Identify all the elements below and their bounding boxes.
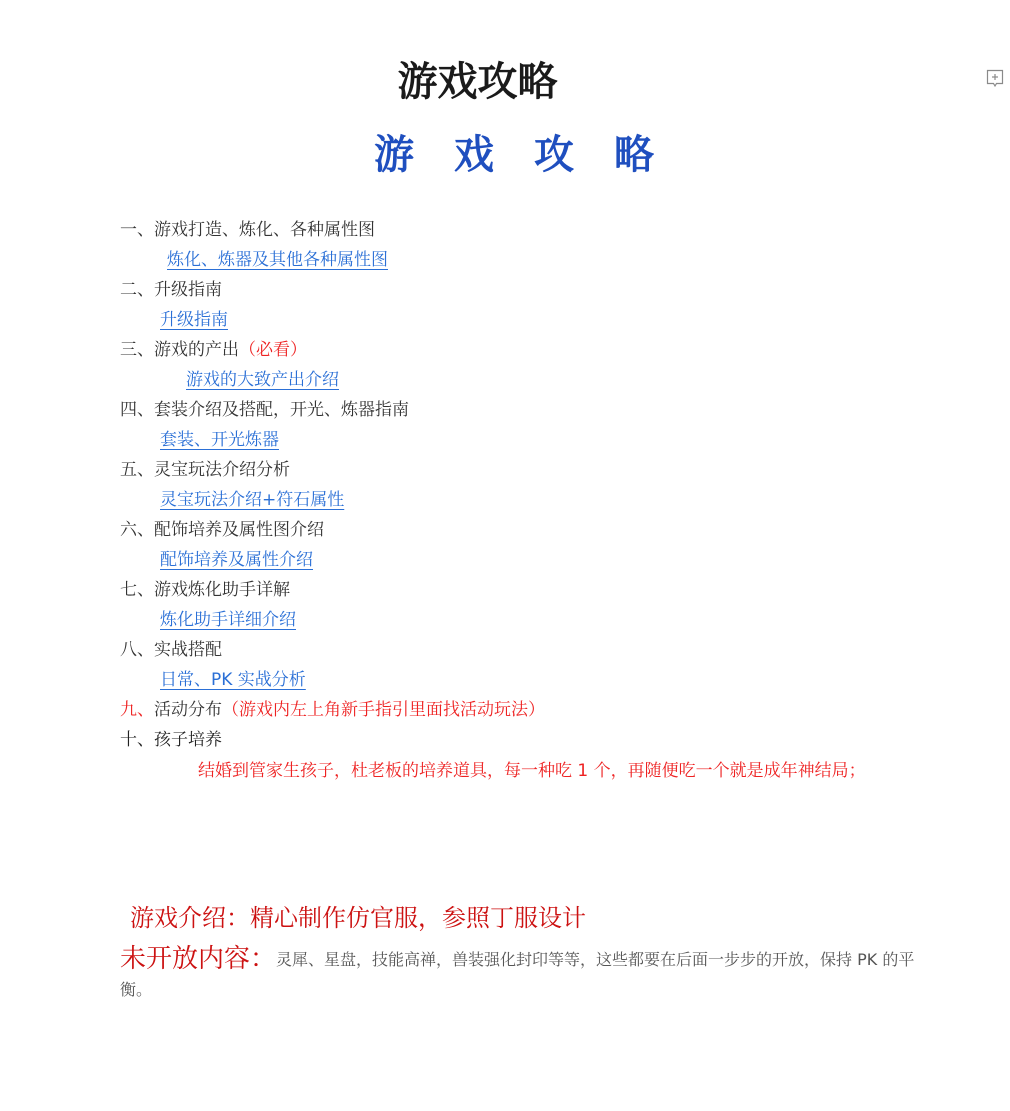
big-title: 游戏攻略 bbox=[0, 126, 1010, 184]
toc-heading-text: 一、游戏打造、炼化、各种属性图 bbox=[120, 220, 375, 240]
big-title-char: 攻 bbox=[534, 126, 574, 184]
toc-link[interactable]: 套装、开光炼器 bbox=[160, 430, 279, 450]
toc-note: （游戏内左上角新手指引里面找活动玩法） bbox=[222, 700, 545, 720]
toc-heading: 七、游戏炼化助手详解 bbox=[120, 575, 920, 605]
toc-heading: 十、孩子培养 bbox=[120, 725, 920, 755]
toc-link[interactable]: 炼化、炼器及其他各种属性图 bbox=[167, 250, 388, 270]
unopened-content: 未开放内容：灵犀、星盘，技能高禅，兽装强化封印等等，这些都要在后面一步步的开放，… bbox=[120, 944, 920, 1005]
toc-heading: 四、套装介绍及搭配，开光、炼器指南 bbox=[120, 395, 920, 425]
toc-heading: 一、游戏打造、炼化、各种属性图 bbox=[120, 215, 920, 245]
toc-heading: 六、配饰培养及属性图介绍 bbox=[120, 515, 920, 545]
toc-heading-text: 活动分布 bbox=[154, 700, 222, 720]
toc-heading-text: 三、游戏的产出 bbox=[120, 340, 239, 360]
toc-link[interactable]: 升级指南 bbox=[160, 310, 228, 330]
toc-link[interactable]: 配饰培养及属性介绍 bbox=[160, 550, 313, 570]
toc-link-row: 配饰培养及属性介绍 bbox=[120, 545, 920, 575]
add-comment-icon[interactable] bbox=[986, 69, 1004, 89]
big-title-char: 戏 bbox=[454, 126, 494, 184]
toc-link-row: 炼化、炼器及其他各种属性图 bbox=[120, 245, 920, 275]
unopened-label: 未开放内容： bbox=[120, 944, 276, 974]
toc-heading: 五、灵宝玩法介绍分析 bbox=[120, 455, 920, 485]
big-title-char: 游 bbox=[374, 126, 414, 184]
toc-link-row: 套装、开光炼器 bbox=[120, 425, 920, 455]
toc-link-row: 升级指南 bbox=[120, 305, 920, 335]
toc-heading: 二、升级指南 bbox=[120, 275, 920, 305]
toc-link-row: 灵宝玩法介绍+符石属性 bbox=[120, 485, 920, 515]
toc-link-row: 游戏的大致产出介绍 bbox=[120, 365, 920, 395]
big-title-char: 略 bbox=[614, 126, 654, 184]
toc-heading-text: 八、实战搭配 bbox=[120, 640, 222, 660]
toc-heading-text: 十、孩子培养 bbox=[120, 730, 222, 750]
toc-heading-text: 四、套装介绍及搭配，开光、炼器指南 bbox=[120, 400, 409, 420]
toc-link[interactable]: 日常、PK 实战分析 bbox=[160, 670, 306, 690]
toc-heading-text: 六、配饰培养及属性图介绍 bbox=[120, 520, 324, 540]
table-of-contents: 一、游戏打造、炼化、各种属性图 炼化、炼器及其他各种属性图 二、升级指南 升级指… bbox=[120, 215, 920, 755]
toc-link-row: 炼化助手详细介绍 bbox=[120, 605, 920, 635]
toc-heading: 八、实战搭配 bbox=[120, 635, 920, 665]
document-title: 游戏攻略 bbox=[0, 54, 955, 110]
toc-link[interactable]: 灵宝玩法介绍+符石属性 bbox=[160, 490, 344, 510]
toc-heading-text: 二、升级指南 bbox=[120, 280, 222, 300]
toc-link[interactable]: 游戏的大致产出介绍 bbox=[186, 370, 339, 390]
toc-link[interactable]: 炼化助手详细介绍 bbox=[160, 610, 296, 630]
toc-heading: 九、活动分布（游戏内左上角新手指引里面找活动玩法） bbox=[120, 695, 920, 725]
toc-heading-text: 七、游戏炼化助手详解 bbox=[120, 580, 290, 600]
toc-link-row: 日常、PK 实战分析 bbox=[120, 665, 920, 695]
toc-note: （必看） bbox=[239, 340, 307, 360]
toc-heading-prefix: 九、 bbox=[120, 700, 154, 720]
toc-heading: 三、游戏的产出（必看） bbox=[120, 335, 920, 365]
game-intro: 游戏介绍：精心制作仿官服，参照丁服设计 bbox=[130, 900, 586, 936]
toc-heading-text: 五、灵宝玩法介绍分析 bbox=[120, 460, 290, 480]
child-note: 结婚到管家生孩子，杜老板的培养道具，每一种吃 1 个，再随便吃一个就是成年神结局… bbox=[120, 757, 920, 785]
